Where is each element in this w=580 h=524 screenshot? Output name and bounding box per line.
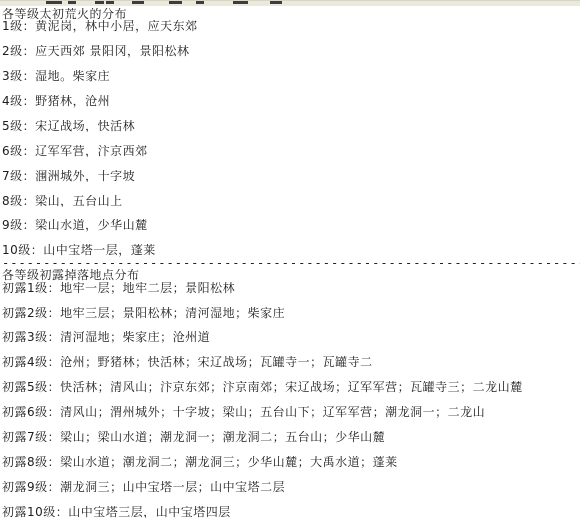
- blank-line: [2, 33, 580, 45]
- document-body: 各等级太初荒火的分布1级：黄泥岗，林中小居，应天东郊 2级：应天西郊 景阳冈，景…: [0, 6, 580, 518]
- toolbar-mark: [233, 1, 248, 4]
- entry-line: 2级：应天西郊 景阳冈，景阳松林: [2, 45, 580, 57]
- entry-line: 初露3级：清河湿地；柴家庄；沧州道: [2, 331, 580, 343]
- blank-line: [2, 493, 580, 505]
- blank-line: [2, 394, 580, 406]
- entry-line: 1级：黄泥岗，林中小居，应天东郊: [2, 20, 580, 32]
- toolbar-sliver: [0, 0, 580, 6]
- blank-line: [2, 108, 580, 120]
- blank-line: [2, 443, 580, 455]
- blank-line: [2, 207, 580, 219]
- blank-line: [2, 319, 580, 331]
- toolbar-mark: [95, 1, 104, 4]
- toolbar-mark: [270, 1, 282, 4]
- entry-line: 初露8级：梁山水道；潮龙洞二；潮龙洞三；少华山麓；大禹水道；蓬莱: [2, 456, 580, 468]
- blank-line: [2, 132, 580, 144]
- entry-line: 6级：辽军军营，汴京西郊: [2, 145, 580, 157]
- entry-line: 7级：涠洲城外，十字坡: [2, 170, 580, 182]
- blank-line: [2, 294, 580, 306]
- blank-line: [2, 182, 580, 194]
- blank-line: [2, 418, 580, 430]
- entry-line: 5级：宋辽战场，快活林: [2, 120, 580, 132]
- entry-line: 3级：湿地。柴家庄: [2, 70, 580, 82]
- entry-line: 初露6级：清风山；渭州城外；十字坡；梁山；五台山下；辽军军营；潮龙洞一；二龙山: [2, 406, 580, 418]
- blank-line: [2, 468, 580, 480]
- blank-line: [2, 83, 580, 95]
- blank-line: [2, 232, 580, 244]
- entry-line: 8级：梁山，五台山上: [2, 195, 580, 207]
- blank-line: [2, 157, 580, 169]
- toolbar-mark: [68, 1, 76, 4]
- document-lines: 各等级太初荒火的分布1级：黄泥岗，林中小居，应天东郊 2级：应天西郊 景阳冈，景…: [2, 8, 580, 518]
- toolbar-mark: [46, 1, 62, 4]
- entry-line: 初露9级：潮龙洞三；山中宝塔一层；山中宝塔二层: [2, 481, 580, 493]
- entry-line: 初露5级：快活林；清风山；汴京东郊；汴京南郊；宋辽战场；辽军军营；瓦罐寺三；二龙…: [2, 381, 580, 393]
- toolbar-mark: [132, 1, 144, 4]
- separator-line: ----------------------------------------…: [2, 257, 580, 269]
- entry-line: 初露7级：梁山；梁山水道；潮龙洞一；潮龙洞二；五台山；少华山麓: [2, 431, 580, 443]
- entry-line: 9级：梁山水道，少华山麓: [2, 219, 580, 231]
- toolbar-mark: [106, 1, 114, 4]
- blank-line: [2, 58, 580, 70]
- entry-line: 4级：野猪林，沧州: [2, 95, 580, 107]
- entry-line: 初露4级：沧州；野猪林；快活林；宋辽战场；瓦罐寺一；瓦罐寺二: [2, 356, 580, 368]
- entry-line: 初露1级：地牢一层；地牢二层；景阳松林: [2, 282, 580, 294]
- entry-line: 10级：山中宝塔一层，蓬莱: [2, 244, 580, 256]
- toolbar-mark: [169, 1, 182, 4]
- section-title: 各等级太初荒火的分布: [2, 8, 580, 20]
- section-title: 各等级初露掉落地点分布: [2, 269, 580, 281]
- entry-line: 初露10级：山中宝塔三层，山中宝塔四层: [2, 506, 580, 518]
- blank-line: [2, 344, 580, 356]
- blank-line: [2, 369, 580, 381]
- toolbar-mark: [196, 1, 204, 4]
- entry-line: 初露2级：地牢三层；景阳松林；清河湿地；柴家庄: [2, 307, 580, 319]
